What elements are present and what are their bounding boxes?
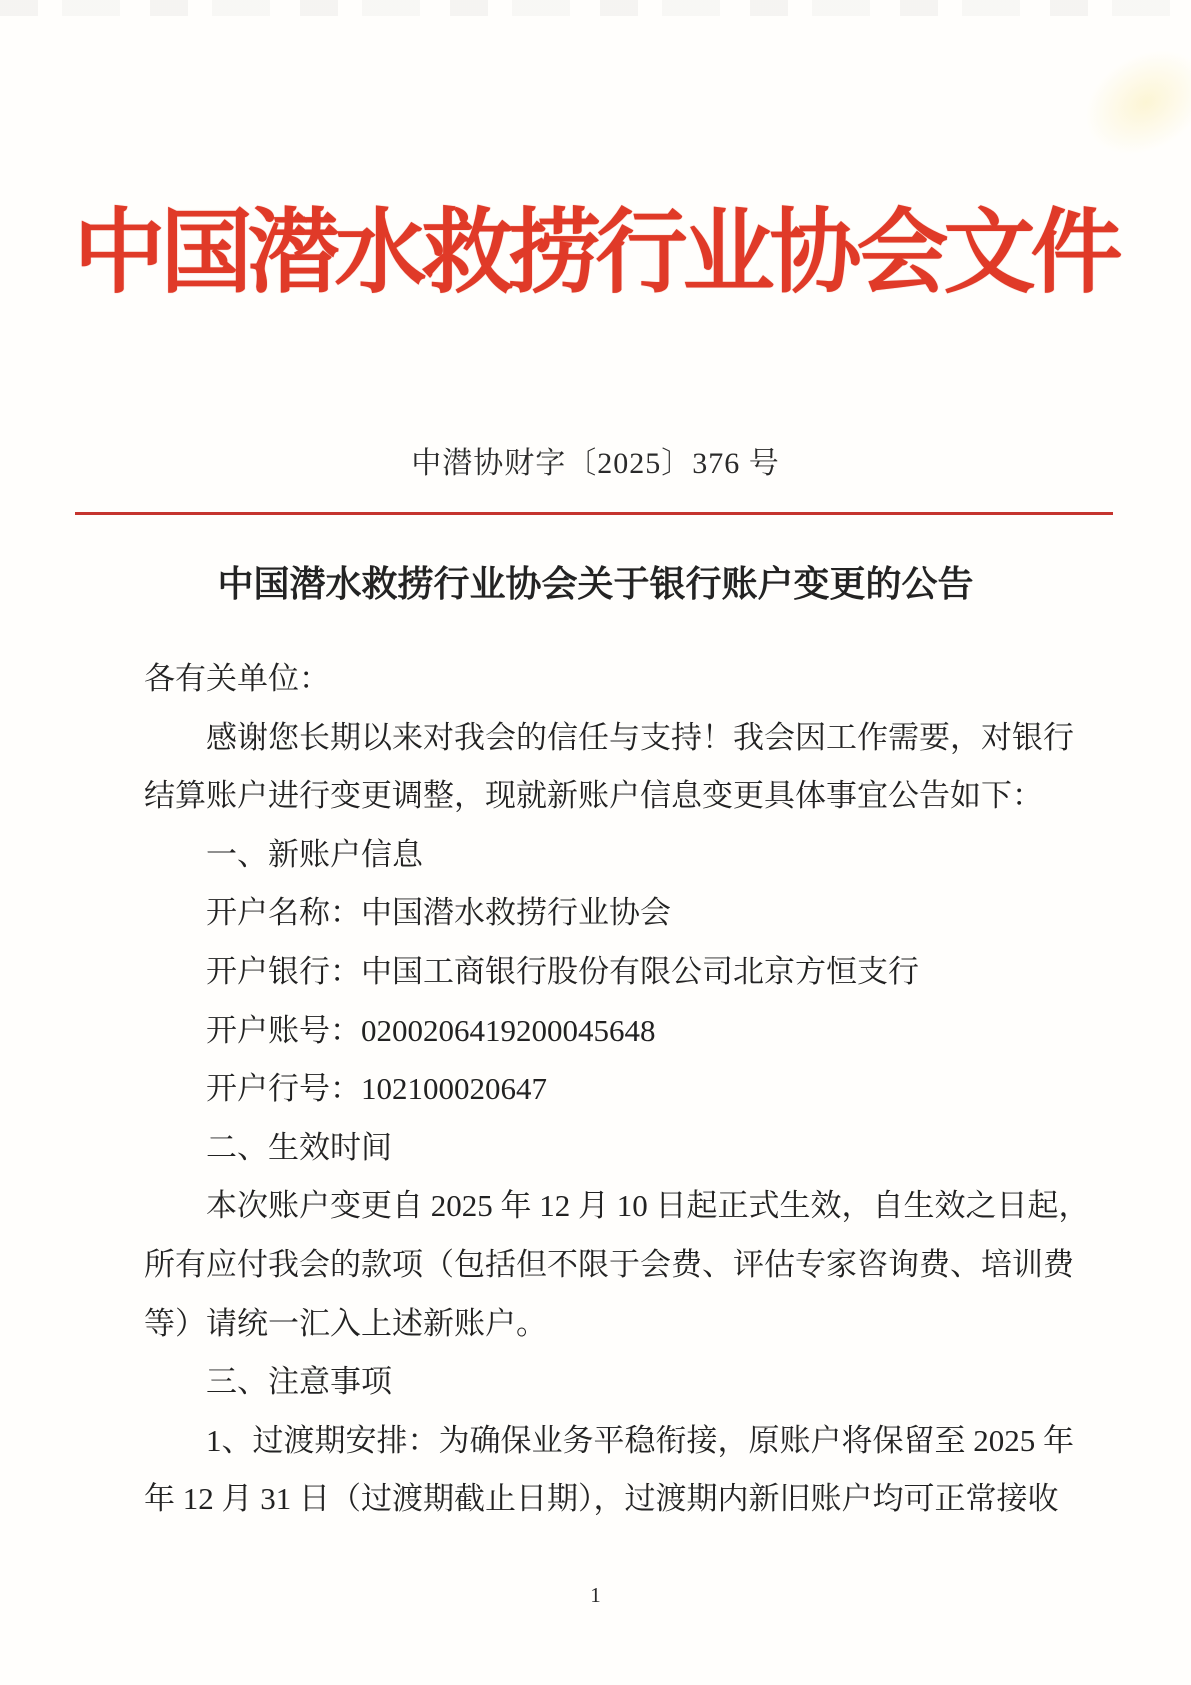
body-line-account-name: 开户名称：中国潜水救捞行业协会 [144, 884, 1094, 943]
org-title: 中国潜水救捞行业协会文件 [0, 196, 1191, 311]
body-line: 1、过渡期安排：为确保业务平稳衔接，原账户将保留至 2025 年 [144, 1412, 1094, 1471]
body-line: 年 12 月 31 日（过渡期截止日期），过渡期内新旧账户均可正常接收 [144, 1470, 1094, 1529]
body-line-section-1: 一、新账户信息 [144, 826, 1094, 885]
body-line-section-2: 二、生效时间 [144, 1119, 1094, 1178]
body-line-section-3: 三、注意事项 [144, 1353, 1094, 1412]
body-text: 各有关单位： 感谢您长期以来对我会的信任与支持！我会因工作需要，对银行 结算账户… [144, 650, 1094, 1529]
page-number: 1 [0, 1583, 1191, 1608]
body-line-account-number: 开户账号：0200206419200045648 [144, 1002, 1094, 1061]
body-line-bank-name: 开户银行：中国工商银行股份有限公司北京方恒支行 [144, 943, 1094, 1002]
body-line: 所有应付我会的款项（包括但不限于会费、评估专家咨询费、培训费 [144, 1236, 1094, 1295]
scan-artifact-smudge [1066, 29, 1191, 176]
announcement-heading: 中国潜水救捞行业协会关于银行账户变更的公告 [0, 556, 1191, 607]
body-line-salutation: 各有关单位： [144, 650, 1094, 709]
document-page: 中国潜水救捞行业协会文件 中潜协财字〔2025〕376 号 中国潜水救捞行业协会… [0, 0, 1191, 1685]
body-line: 等）请统一汇入上述新账户。 [144, 1295, 1094, 1354]
doc-number: 中潜协财字〔2025〕376 号 [0, 438, 1191, 482]
scan-artifact-strip [0, 0, 1191, 16]
body-line: 感谢您长期以来对我会的信任与支持！我会因工作需要，对银行 [144, 709, 1094, 768]
body-line: 本次账户变更自 2025 年 12 月 10 日起正式生效，自生效之日起， [144, 1177, 1094, 1236]
body-line-bank-code: 开户行号：102100020647 [144, 1060, 1094, 1119]
body-line: 结算账户进行变更调整，现就新账户信息变更具体事宜公告如下： [144, 767, 1094, 826]
red-divider-line [75, 512, 1113, 515]
